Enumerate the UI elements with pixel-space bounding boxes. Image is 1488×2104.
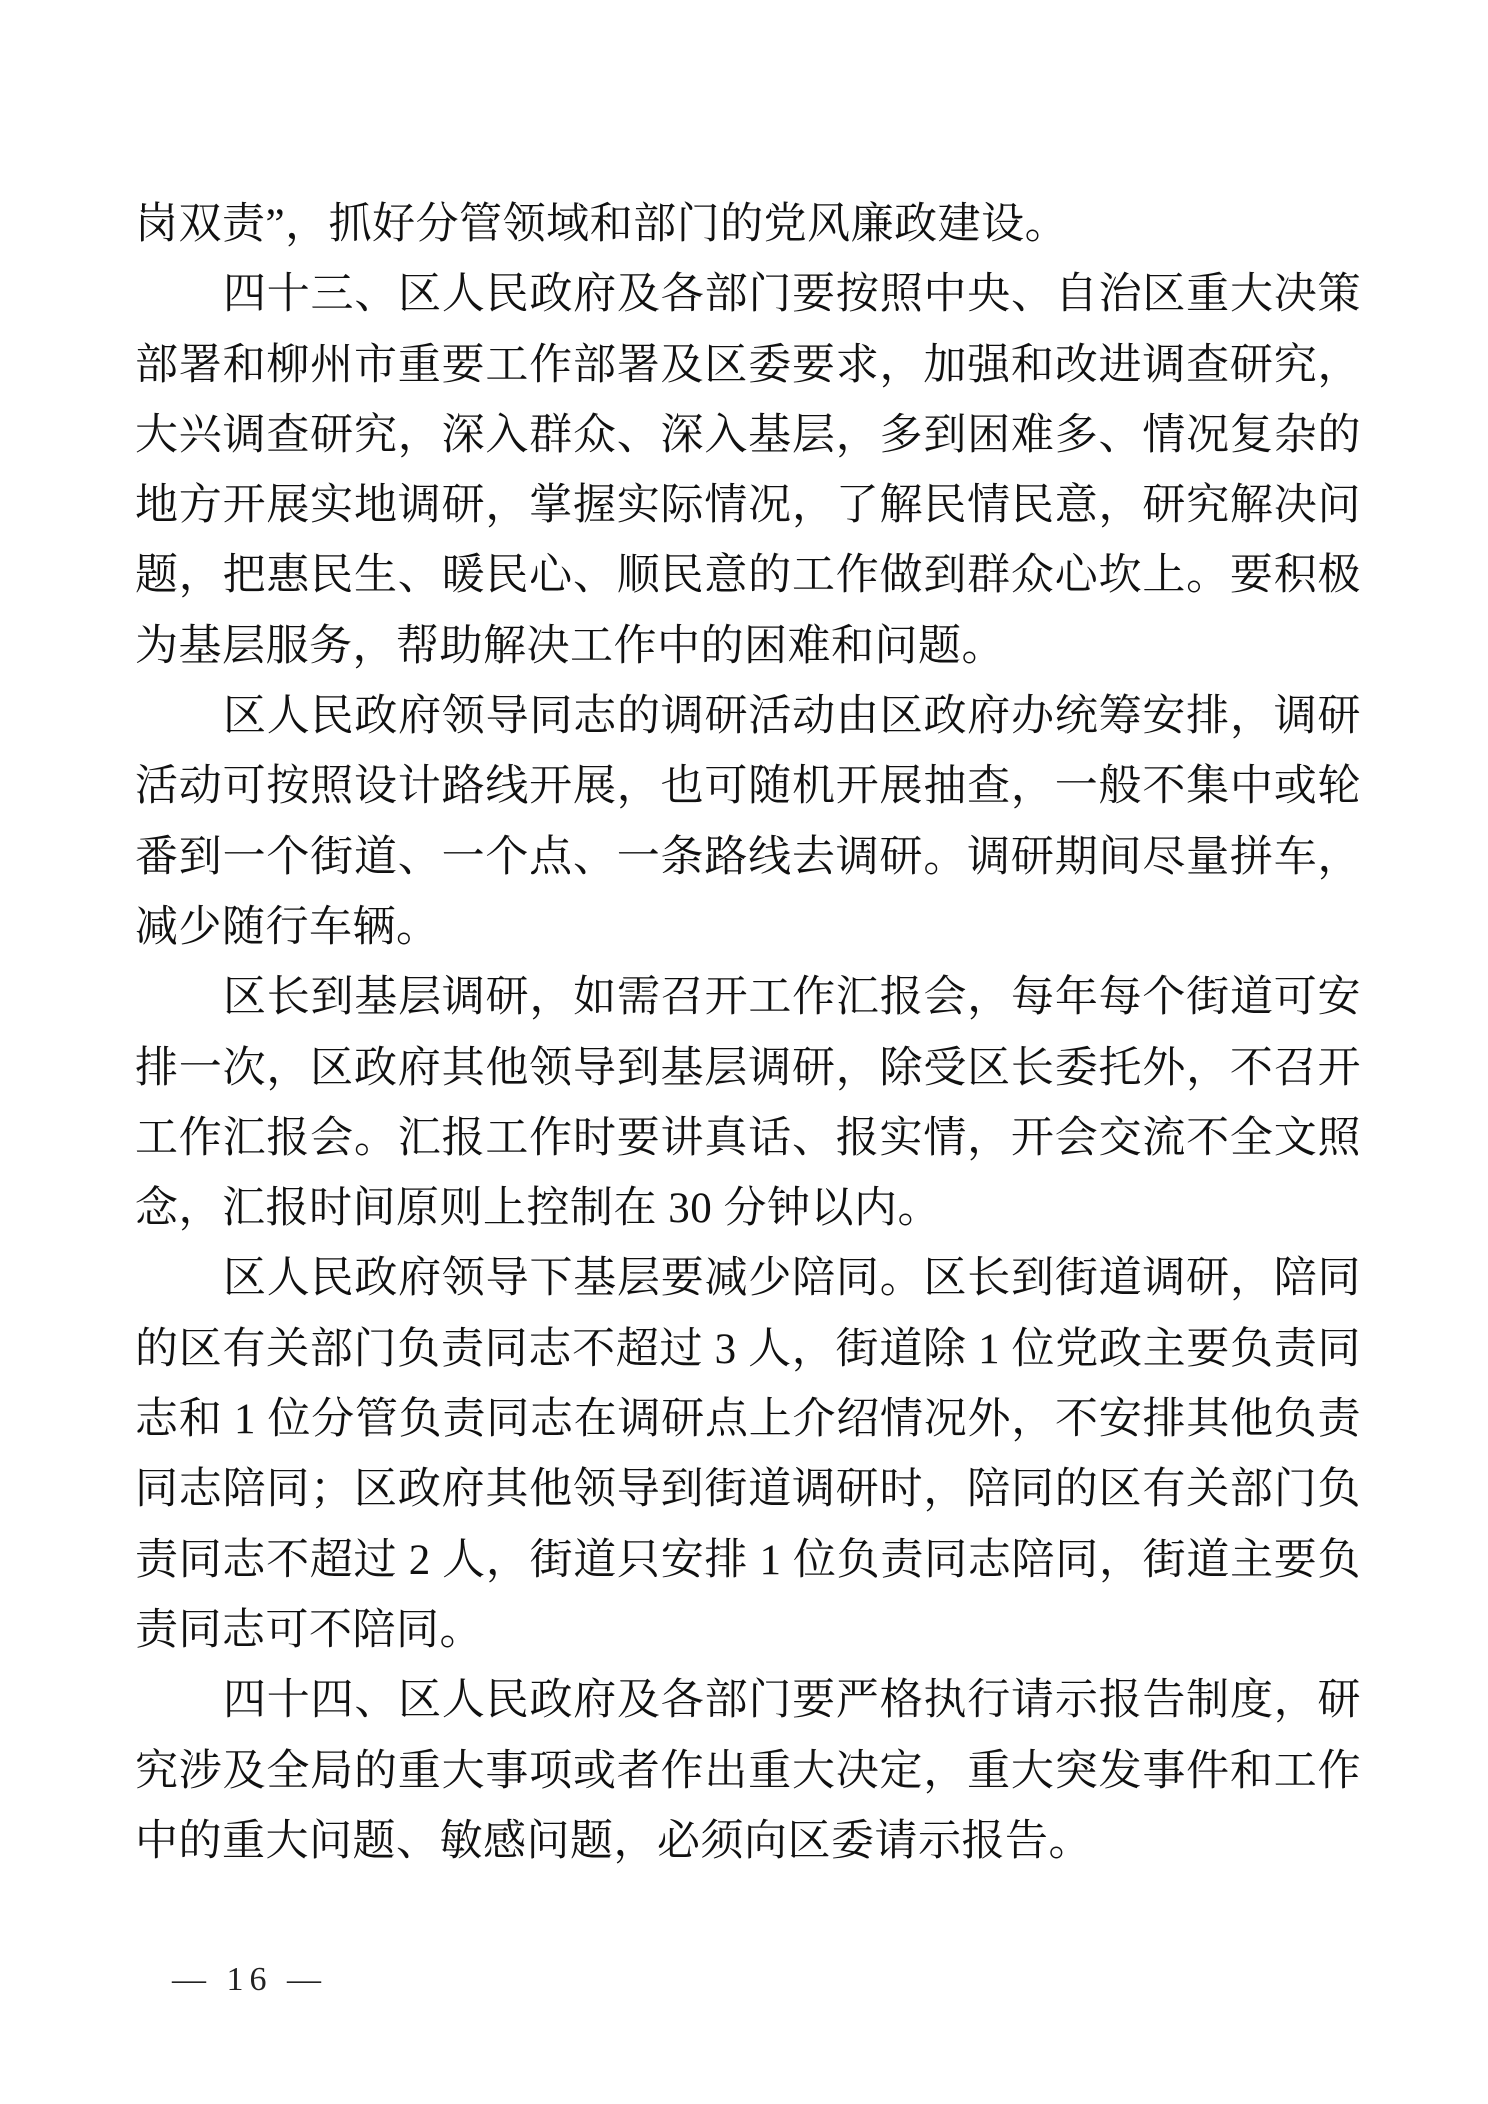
- page-number: — 16 —: [172, 1955, 327, 2005]
- text-line: 四十三、区人民政府及各部门要按照中央、自治区重大决策: [135, 260, 1361, 330]
- text-line: 地方开展实地调研，掌握实际情况，了解民情民意，研究解决问: [135, 471, 1361, 541]
- text-line: 岗双责”，抓好分管领域和部门的党风廉政建设。: [135, 190, 1361, 260]
- text-line: 念，汇报时间原则上控制在 30 分钟以内。: [135, 1174, 1361, 1244]
- text-line: 四十四、区人民政府及各部门要严格执行请示报告制度，研: [135, 1666, 1361, 1736]
- text-line: 的区有关部门负责同志不超过 3 人，街道除 1 位党政主要负责同: [135, 1315, 1361, 1385]
- text-line: 番到一个街道、一个点、一条路线去调研。调研期间尽量拼车，: [135, 823, 1361, 893]
- text-line: 大兴调查研究，深入群众、深入基层，多到困难多、情况复杂的: [135, 401, 1361, 471]
- document-page: 岗双责”，抓好分管领域和部门的党风廉政建设。四十三、区人民政府及各部门要按照中央…: [0, 0, 1488, 2104]
- text-line: 排一次，区政府其他领导到基层调研，除受区长委托外，不召开: [135, 1034, 1361, 1104]
- text-line: 工作汇报会。汇报工作时要讲真话、报实情，开会交流不全文照: [135, 1104, 1361, 1174]
- text-line: 减少随行车辆。: [135, 893, 1361, 963]
- text-line: 区长到基层调研，如需召开工作汇报会，每年每个街道可安: [135, 963, 1361, 1033]
- text-line: 区人民政府领导下基层要减少陪同。区长到街道调研，陪同: [135, 1244, 1361, 1314]
- text-line: 区人民政府领导同志的调研活动由区政府办统筹安排，调研: [135, 682, 1361, 752]
- text-line: 为基层服务，帮助解决工作中的困难和问题。: [135, 612, 1361, 682]
- text-line: 活动可按照设计路线开展，也可随机开展抽查，一般不集中或轮: [135, 752, 1361, 822]
- text-line: 部署和柳州市重要工作部署及区委要求，加强和改进调查研究，: [135, 331, 1361, 401]
- text-line: 责同志可不陪同。: [135, 1596, 1361, 1666]
- text-line: 中的重大问题、敏感问题，必须向区委请示报告。: [135, 1807, 1361, 1877]
- text-line: 究涉及全局的重大事项或者作出重大决定，重大突发事件和工作: [135, 1737, 1361, 1807]
- text-line: 同志陪同；区政府其他领导到街道调研时，陪同的区有关部门负: [135, 1455, 1361, 1525]
- body-text: 岗双责”，抓好分管领域和部门的党风廉政建设。四十三、区人民政府及各部门要按照中央…: [135, 190, 1361, 1877]
- text-line: 题，把惠民生、暖民心、顺民意的工作做到群众心坎上。要积极: [135, 541, 1361, 611]
- text-line: 志和 1 位分管负责同志在调研点上介绍情况外，不安排其他负责: [135, 1385, 1361, 1455]
- text-line: 责同志不超过 2 人，街道只安排 1 位负责同志陪同，街道主要负: [135, 1526, 1361, 1596]
